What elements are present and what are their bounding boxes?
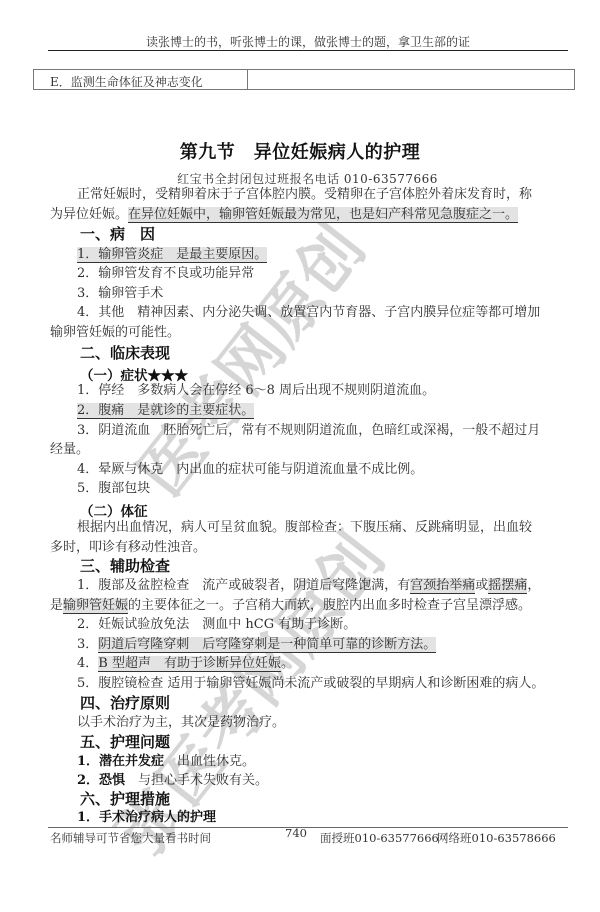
cause-item-1: 1．输卵管炎症 是最主要原因。 (77, 247, 267, 263)
exam-item-1: 1．腹部及盆腔检查 流产或破裂者，阴道后穹隆饱满，有宫颈抬举痛或摇摆痛， (77, 578, 540, 594)
table-column-divider (247, 70, 248, 89)
exam-item-3: 3．阴道后穹隆穿刺 后穹隆穿刺是一种简单可靠的诊断方法。 (77, 637, 436, 653)
signs-line-1: 根据内出血情况，病人可呈贫血貌。腹部检查：下腹压痛、反跳痛明显，出血较 (77, 520, 532, 536)
exam-item-1-underline-2: 摇摆痛 (488, 578, 527, 594)
footer-online-phone: 网络班010-63578666 (437, 830, 556, 846)
footer-left-text: 名师辅导可节省您大量看书时间 (50, 830, 211, 846)
page-number: 740 (285, 826, 307, 840)
exam-item-4: 4．B 型超声 有助于诊断异位妊娠。 (77, 656, 294, 672)
table-cell-option-e: E．监测生命体征及神志变化 (50, 73, 203, 90)
page-header-slogan: 读张博士的书，听张博士的课，做张博士的题，拿卫生部的证 (0, 33, 600, 50)
nursing-problem-1: 1．潜在并发症 出血性休克。 (77, 754, 255, 770)
symptom-item-2-text: 2．腹痛 是就诊的主要症状。 (77, 403, 254, 419)
cause-item-4-cont: 输卵管妊娠的可能性。 (50, 325, 180, 341)
heading-causes: 一、病 因 (80, 226, 155, 243)
exam-item-1-underline-1: 宫颈抬举痛 (410, 578, 475, 594)
symptom-item-3: 3．阴道流血 胚胎死亡后，常有不规则阴道流血，色暗红或深褐，一般不超过月 (77, 423, 540, 439)
intro-line-1: 正常妊娠时，受精卵着床于子宫体腔内膜。受精卵在子宫体腔外着床发育时，称 (77, 187, 532, 203)
exam-item-3-num: 3． (77, 637, 98, 652)
exam-item-3-text: 阴道后穹隆穿刺 后穹隆穿刺是一种简单可靠的诊断方法。 (98, 637, 436, 653)
symptom-item-3-cont: 经量。 (50, 442, 89, 458)
heading-nursing-problems: 五、护理问题 (80, 734, 170, 751)
intro-line-2-plain: 为异位妊娠。 (50, 207, 128, 222)
nursing-measure-sub-1: 1．手术治疗病人的护理 (77, 810, 216, 826)
header-rule (48, 50, 568, 51)
exam-item-1-text-e: 的主要体征之一。子宫稍大而软，腹腔内出血多时检查子宫呈漂浮感。 (128, 598, 531, 613)
nursing-problem-1-term: 1．潜在并发症 (77, 754, 164, 769)
signs-line-2: 多时，叩诊有移动性浊音。 (50, 540, 206, 556)
heading-symptoms: （一）症状★★★ (80, 364, 188, 384)
intro-line-2: 为异位妊娠。在异位妊娠中，输卵管妊娠最为常见，也是妇产科常见急腹症之一。 (50, 207, 518, 223)
exam-item-1-text-d: 是 (50, 598, 63, 613)
exam-item-1-text-c: ， (527, 578, 540, 593)
cause-item-1-text: 1．输卵管炎症 是最主要原因。 (77, 247, 267, 263)
symptom-item-2: 2．腹痛 是就诊的主要症状。 (77, 403, 254, 419)
nursing-problem-1-desc: 出血性休克。 (164, 754, 255, 769)
nursing-problem-2-term: 2．恐惧 (77, 773, 125, 788)
cause-item-3: 3．输卵管手术 (77, 286, 163, 302)
exam-item-1-text-a: 1．腹部及盆腔检查 流产或破裂者，阴道后穹隆饱满，有 (77, 578, 410, 593)
cause-item-2: 2．输卵管发育不良或功能异常 (77, 266, 254, 282)
footer-class-phone: 面授班010-63577666 (320, 830, 439, 846)
exam-item-1-underline-3: 输卵管妊娠 (63, 598, 128, 614)
cause-item-4: 4．其他 精神因素、内分泌失调、放置宫内节育器、子宫内膜异位症等都可增加 (77, 305, 540, 321)
treatment-text: 以手术治疗为主，其次是药物治疗。 (77, 715, 285, 731)
footer-rule (48, 827, 568, 828)
intro-highlight: 在异位妊娠中，输卵管妊娠最为常见，也是妇产科常见急腹症之一。 (128, 207, 518, 223)
nursing-problem-2-desc: 与担心手术失败有关。 (125, 773, 268, 788)
exam-item-4-end: 。 (281, 656, 294, 671)
exam-item-1-text-b: 或 (475, 578, 488, 593)
heading-treatment: 四、治疗原则 (80, 695, 170, 712)
exam-item-4-text: B 型超声 有助于诊断异位妊娠 (98, 656, 281, 672)
heading-clinical: 二、临床表现 (80, 345, 170, 362)
exam-item-5: 5．腹腔镜检查 适用于输卵管妊娠尚未流产或破裂的早期病人和诊断困难的病人。 (77, 676, 544, 692)
enrollment-phone-line: 红宝书全封闭包过班报名电话 010-63577666 (0, 170, 600, 187)
heading-signs: （二）体征 (80, 500, 148, 520)
heading-nursing-measures: 六、护理措施 (80, 791, 170, 808)
section-title: 第九节 异位妊娠病人的护理 (0, 138, 600, 164)
nursing-problem-2: 2．恐惧 与担心手术失败有关。 (77, 773, 268, 789)
symptom-item-1: 1．停经 多数病人会在停经 6～8 周后出现不规则阴道流血。 (77, 383, 435, 399)
exam-item-1-cont: 是输卵管妊娠的主要体征之一。子宫稍大而软，腹腔内出血多时检查子宫呈漂浮感。 (50, 598, 531, 614)
symptom-item-4: 4．晕厥与休克 内出血的症状可能与阴道流血量不成比例。 (77, 462, 423, 478)
symptom-item-5: 5．腹部包块 (77, 481, 150, 497)
exam-item-4-num: 4． (77, 656, 98, 671)
heading-exams: 三、辅助检查 (80, 558, 170, 575)
continuation-table: E．监测生命体征及神志变化 (33, 69, 575, 90)
exam-item-2: 2．妊娠试验放免法 测血中 hCG 有助于诊断。 (77, 617, 356, 633)
